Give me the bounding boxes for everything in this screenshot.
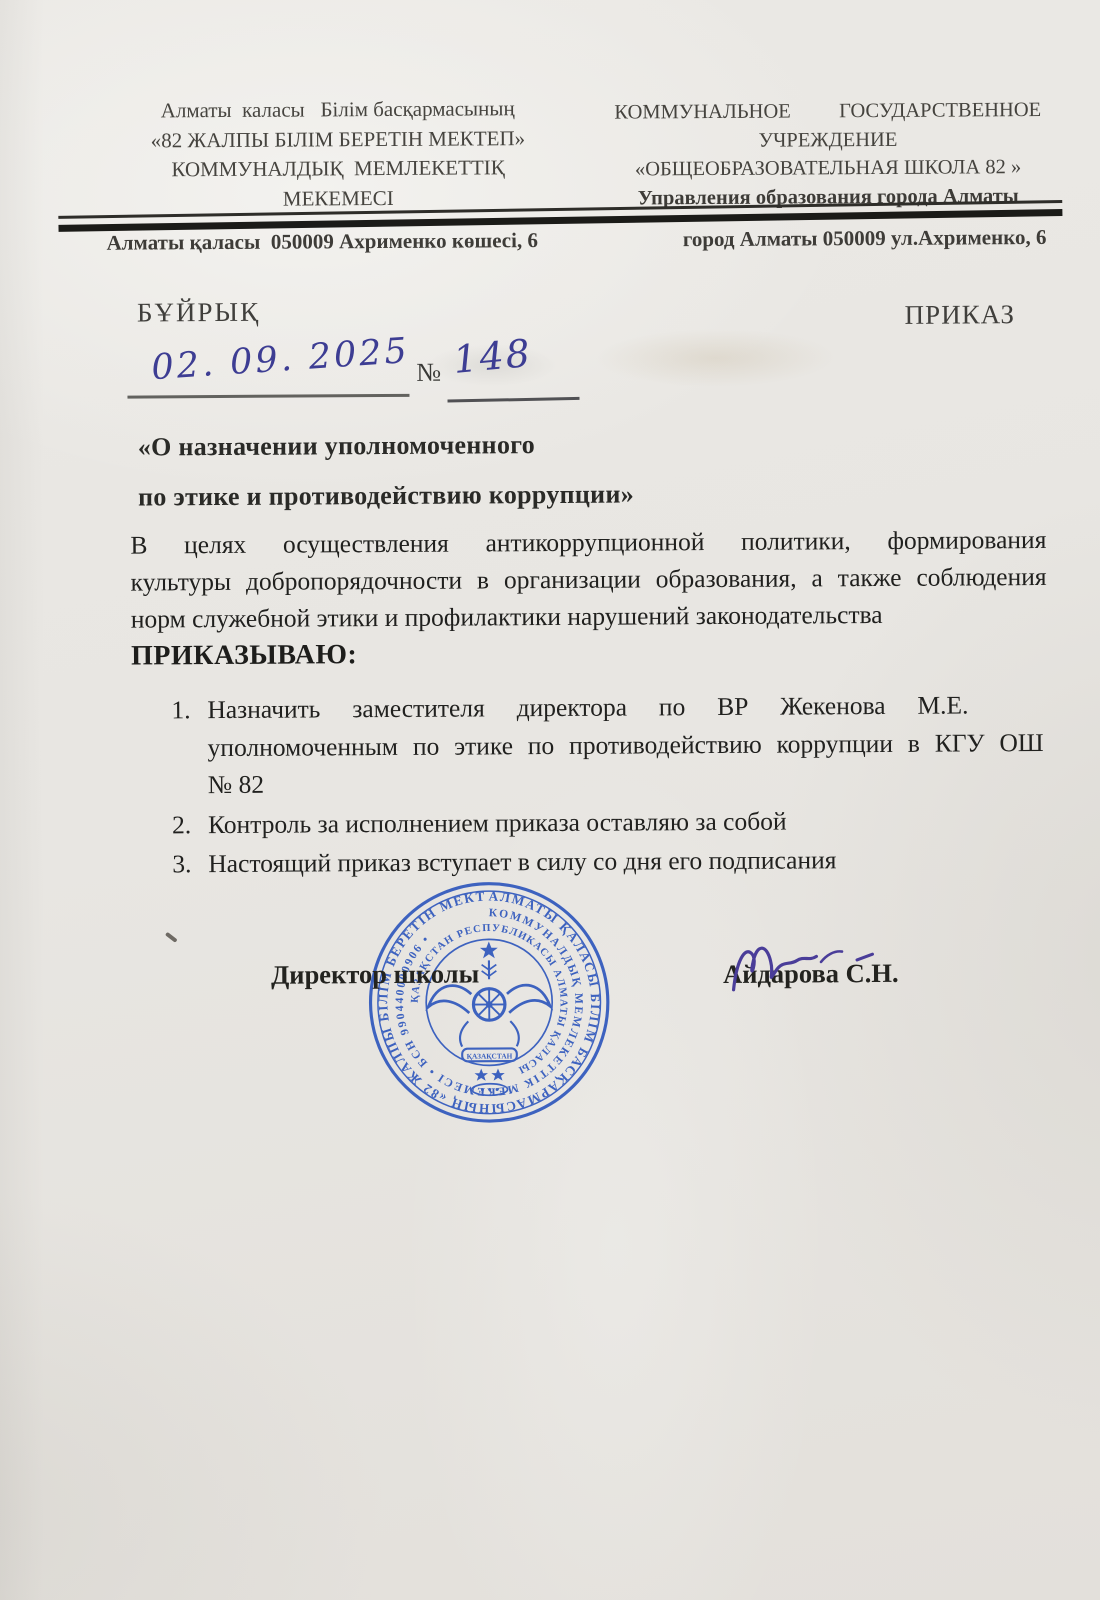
stamp-center-label: ҚАЗАҚСТАН [467, 1051, 513, 1060]
scanned-document-page: Алматы каласы Білім басқармасының «82 ЖА… [0, 0, 1100, 1600]
item-number: 1. [171, 691, 208, 804]
item-number: 2. [172, 806, 208, 844]
order-title-russian: ПРИКАЗ [905, 299, 1016, 331]
number-sign: № [416, 358, 441, 388]
paper-smudge [595, 328, 835, 387]
directive-label: ПРИКАЗЫВАЮ: [131, 639, 357, 672]
header-line: Алматы каласы Білім басқармасының [98, 94, 578, 126]
signature-autograph [713, 912, 920, 1012]
order-item: 1. Назначить заместителя директора по ВР… [171, 686, 1044, 804]
item-line: № 82 [208, 761, 1044, 804]
signature-role: Директор школы [271, 958, 479, 990]
number-underline [447, 397, 579, 403]
body-paragraph: В целях осуществления антикоррупционной … [130, 521, 1047, 638]
item-text: Назначить заместителя директора по ВР Же… [207, 686, 1044, 804]
subject-line: «О назначении уполномоченного [138, 430, 535, 462]
official-stamp: АЛМАТЫ ҚАЛАСЫ БІЛІМ БАСҚАРМАСЫНЫҢ «82 ЖА… [362, 876, 616, 1130]
item-line: Настоящий приказ вступает в силу со дня … [208, 840, 1044, 883]
item-text: Настоящий приказ вступает в силу со дня … [208, 840, 1044, 883]
order-items-list: 1. Назначить заместителя директора по ВР… [171, 684, 1044, 883]
item-line: Контроль за исполнением приказа оставляю… [208, 800, 1044, 843]
item-line: Назначить заместителя директора по ВР Же… [207, 686, 1043, 729]
header-line: «82 ЖАЛПЫ БІЛІМ БЕРЕТІН МЕКТЕП» [98, 123, 578, 155]
emblem-star-small [491, 1068, 505, 1080]
date-underline [127, 394, 409, 399]
item-text: Контроль за исполнением приказа оставляю… [208, 800, 1044, 843]
document-content: Алматы каласы Білім басқармасының «82 ЖА… [0, 0, 1100, 1600]
header-left-kazakh: Алматы каласы Білім басқармасының «82 ЖА… [98, 94, 579, 215]
handwritten-order-number: 148 [451, 331, 533, 382]
paragraph-line: В целях осуществления антикоррупционной … [130, 521, 1046, 564]
emblem-star [480, 941, 498, 958]
paragraph-line: культуры добропорядочности в организации… [131, 558, 1047, 601]
address-right: город Алматы 050009 ул.Ахрименко, 6 [683, 225, 1047, 252]
header-right-russian: КОММУНАЛЬНОЕ ГОСУДАРСТВЕННОЕ УЧРЕЖДЕНИЕ … [594, 96, 1063, 213]
order-title-kazakh: БҰЙРЫҚ [137, 297, 260, 329]
order-item: 2. Контроль за исполнением приказа остав… [172, 800, 1044, 843]
item-number: 3. [172, 845, 208, 883]
subject-line: по этике и противодействию коррупции» [138, 479, 634, 512]
item-line: уполномоченным по этике по противодейств… [208, 723, 1044, 766]
paragraph-line: норм служебной этики и профилактики нару… [131, 595, 1047, 638]
header-line: КОММУНАЛЬНОЕ ГОСУДАРСТВЕННОЕ [594, 96, 1062, 127]
header-line: «ОБЩЕОБРАЗОВАТЕЛЬНАЯ ШКОЛА 82 » [594, 153, 1062, 184]
header-line: КОММУНАЛДЫҚ МЕМЛЕКЕТТІҚ [98, 153, 578, 185]
header-line: УЧРЕЖДЕНИЕ [594, 124, 1062, 155]
emblem-star-small [474, 1069, 488, 1081]
handwritten-date: 02. 09. 2025 [150, 331, 411, 388]
address-left: Алматы қаласы 050009 Ахрименко көшесі, 6 [106, 228, 538, 256]
stray-ink-mark [165, 932, 178, 943]
